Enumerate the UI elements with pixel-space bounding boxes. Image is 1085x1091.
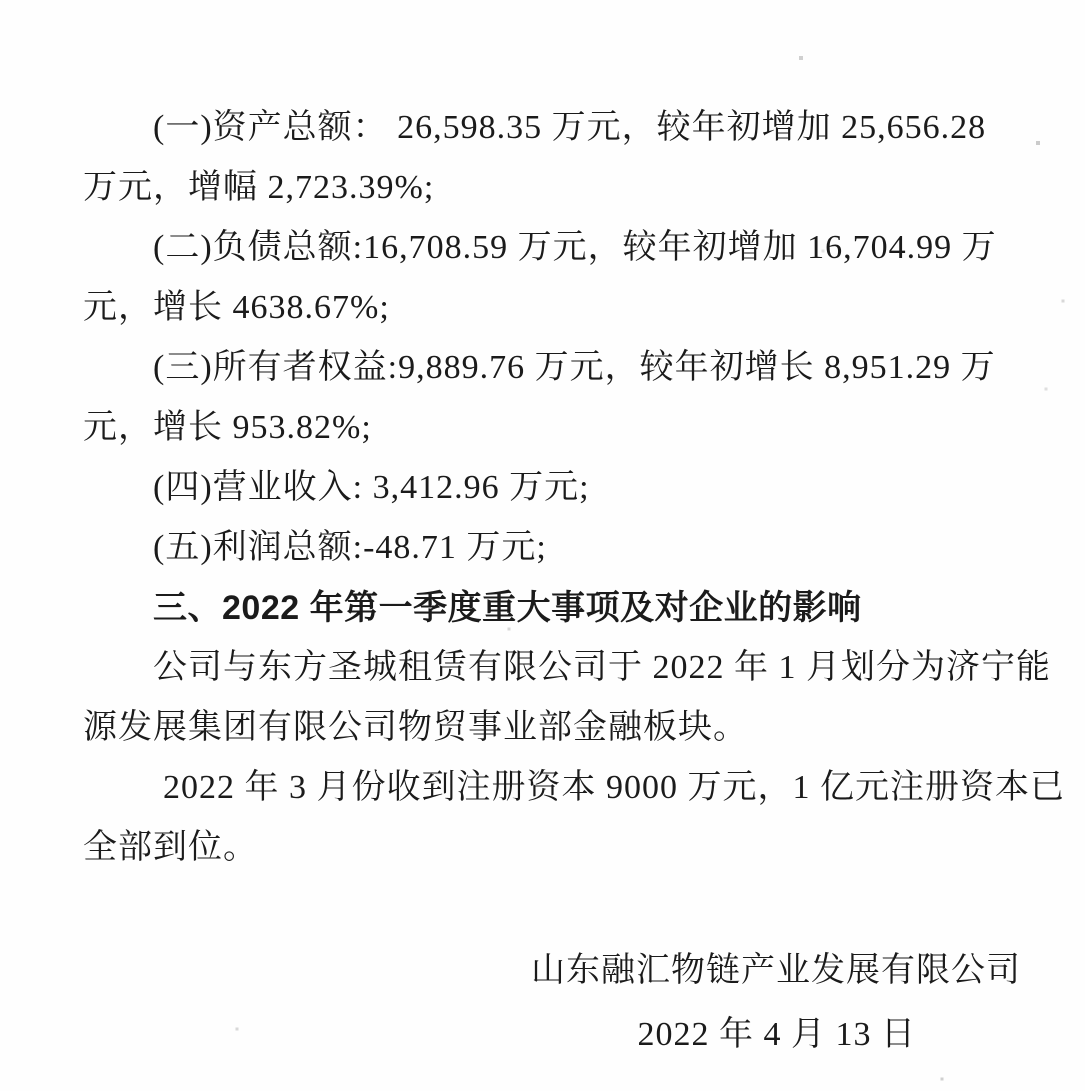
signature-block: 山东融汇物链产业发展有限公司 2022 年 4 月 13 日 bbox=[83, 940, 1021, 1068]
scanned-document-page: (一)资产总额： 26,598.35 万元，较年初增加 25,656.28 万元… bbox=[0, 0, 1085, 1091]
scan-noise-specks bbox=[0, 0, 2, 2]
signature-date: 2022 年 4 月 13 日 bbox=[83, 1002, 1021, 1068]
line-owners-equity: (三)所有者权益:9,889.76 万元，较年初增长 8,951.29 万 bbox=[83, 338, 1021, 398]
line-company-division-continued: 源发展集团有限公司物贸事业部金融板块。 bbox=[83, 698, 1021, 758]
signature-company-name: 山东融汇物链产业发展有限公司 bbox=[83, 940, 1021, 1002]
line-assets-total-continued: 万元，增幅 2,723.39%; bbox=[83, 158, 1021, 218]
section-heading-q1-major-events: 三、2022 年第一季度重大事项及对企业的影响 bbox=[83, 578, 1021, 638]
line-assets-total: (一)资产总额： 26,598.35 万元，较年初增加 25,656.28 bbox=[83, 98, 1021, 158]
line-liabilities-total-continued: 元，增长 4638.67%; bbox=[83, 278, 1021, 338]
line-registered-capital: 2022 年 3 月份收到注册资本 9000 万元，1 亿元注册资本已 bbox=[83, 758, 1021, 818]
line-registered-capital-continued: 全部到位。 bbox=[83, 818, 1021, 878]
line-liabilities-total: (二)负债总额:16,708.59 万元，较年初增加 16,704.99 万 bbox=[83, 218, 1021, 278]
line-company-division: 公司与东方圣城租赁有限公司于 2022 年 1 月划分为济宁能 bbox=[83, 638, 1021, 698]
line-operating-revenue: (四)营业收入: 3,412.96 万元; bbox=[83, 458, 1021, 518]
document-body: (一)资产总额： 26,598.35 万元，较年初增加 25,656.28 万元… bbox=[83, 98, 1021, 1068]
line-owners-equity-continued: 元，增长 953.82%; bbox=[83, 398, 1021, 458]
line-total-profit: (五)利润总额:-48.71 万元; bbox=[83, 518, 1021, 578]
